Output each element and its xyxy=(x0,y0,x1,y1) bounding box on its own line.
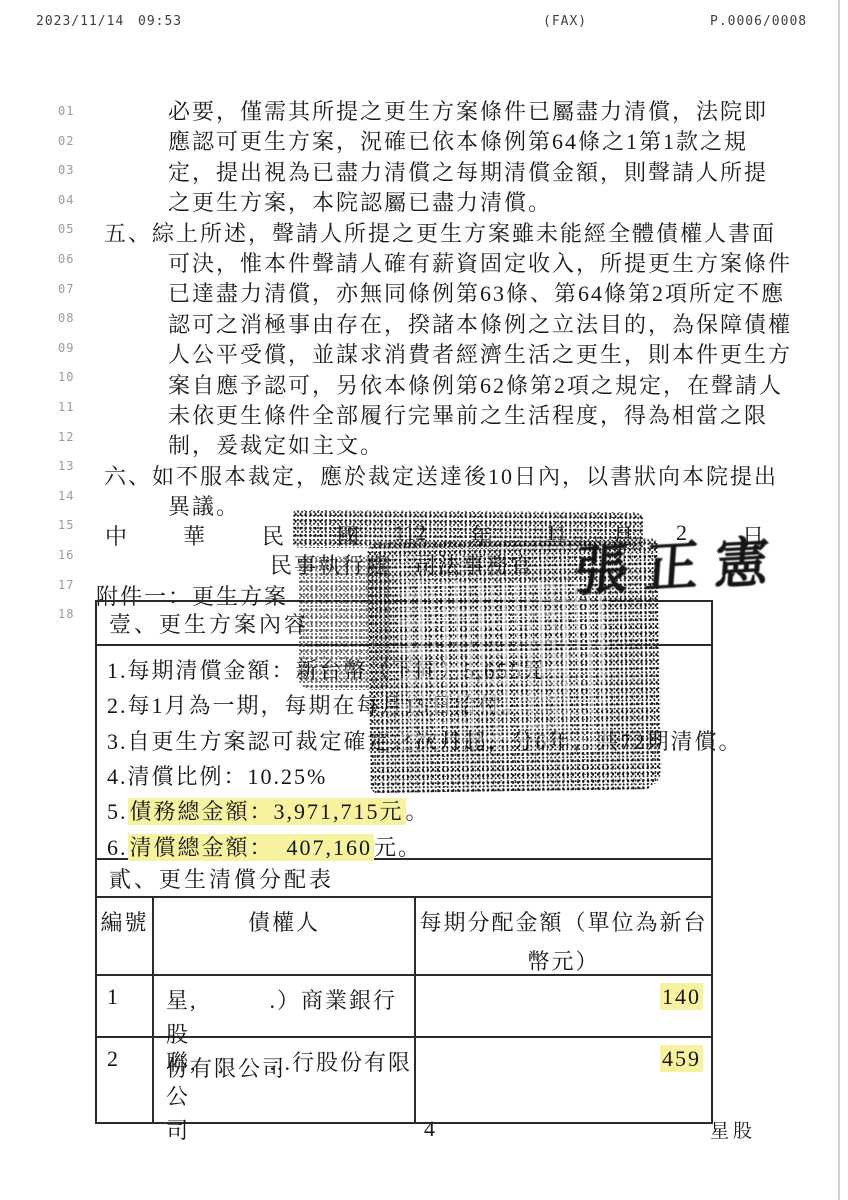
body-line: 之更生方案，本院認屬已盡力清償。 xyxy=(168,186,552,217)
fax-date: 2023/11/14 xyxy=(36,14,124,29)
body-line: 案自應予認可，另依本條例第62條第2項之規定，在聲請人 xyxy=(168,369,783,400)
line-number: 18 xyxy=(58,607,74,621)
clerk-mark: 星股 xyxy=(710,1116,756,1143)
section2-title: 貳、更生清償分配表 xyxy=(97,860,711,898)
line-number: 05 xyxy=(58,222,74,236)
row2-creditor-line1: 聯, ...行股份有限公 xyxy=(166,1046,414,1114)
line-number: 16 xyxy=(58,548,74,562)
fax-time: 09:53 xyxy=(138,14,182,29)
date-token: 民 xyxy=(262,520,284,551)
body-line: 制，爰裁定如主文。 xyxy=(168,429,384,460)
line-number: 04 xyxy=(58,193,74,207)
row2-creditor-line2: 司 xyxy=(166,1114,414,1148)
plan-item-text: 5. xyxy=(107,799,128,824)
row1-amount: 140 xyxy=(416,976,711,1038)
body-line: 未依更生條件全部履行完畢前之生活程度，得為相當之限 xyxy=(168,399,768,430)
body-line: 人公平受償，並謀求消費者經濟生活之更生，則本件更生方 xyxy=(168,338,792,369)
line-number: 06 xyxy=(58,252,74,266)
col-header-amount-line1: 每期分配金額（單位為新台 xyxy=(419,906,707,937)
col-header-creditor: 債權人 xyxy=(154,898,416,976)
plan-item-text: 6. xyxy=(107,835,128,860)
date-token: 中 xyxy=(105,520,127,551)
body-line: 六、如不服本裁定，應於裁定送達後10日內，以書狀向本院提出 xyxy=(104,460,778,491)
line-number: 13 xyxy=(58,459,74,473)
body-line: 認可之消極事由存在，揆諸本條例之立法目的，為保障債權 xyxy=(168,308,792,339)
line-number: 15 xyxy=(58,518,74,532)
line-number: 08 xyxy=(58,311,74,325)
col-header-amount: 每期分配金額（單位為新台 幣元） xyxy=(416,898,711,976)
line-number: 07 xyxy=(58,282,74,296)
highlighted-text: 清償總金額： 407,160 xyxy=(128,834,375,861)
fax-label: (FAX) xyxy=(543,14,587,29)
line-number: 02 xyxy=(58,134,74,148)
body-line: 必要，僅需其所提之更生方案條件已屬盡力清償，法院即 xyxy=(168,95,768,126)
body-line: 可決，惟本件聲請人確有薪資固定收入，所提更生方案條件 xyxy=(168,247,792,278)
line-number: 09 xyxy=(58,341,74,355)
row2-creditor: 聯, ...行股份有限公 司 xyxy=(154,1038,416,1122)
body-line: 異議。 xyxy=(168,490,240,521)
line-number: 11 xyxy=(58,400,74,414)
plan-item: 6.清償總金額： 407,160元。 xyxy=(107,831,422,862)
distribution-table: 編號 債權人 每期分配金額（單位為新台 幣元） 1 星, .）商業銀行股 份有限… xyxy=(97,898,711,1122)
line-number: 14 xyxy=(58,489,74,503)
row2-amount: 459 xyxy=(416,1038,711,1122)
fax-document-page: 2023/11/14 09:53 (FAX) P.0006/0008 01020… xyxy=(0,0,848,1200)
row1-creditor: 星, .）商業銀行股 份有限公司 xyxy=(154,976,416,1038)
plan-item-text: 元。 xyxy=(374,835,422,860)
fax-page-counter: P.0006/0008 xyxy=(710,14,807,29)
handwritten-signature: 張正憲 xyxy=(572,518,787,606)
row2-no: 2 xyxy=(97,1038,154,1122)
body-line: 已達盡力清償，亦無同條例第63條、第64條第2項所定不應 xyxy=(168,277,785,308)
plan-item-text: 4.清償比例：10.25% xyxy=(107,764,327,789)
line-number: 01 xyxy=(58,104,74,118)
scan-edge-line xyxy=(838,0,840,1200)
date-token: 華 xyxy=(183,520,205,551)
col-header-amount-line2: 幣元） xyxy=(527,945,599,976)
line-number: 17 xyxy=(58,578,74,592)
line-number: 10 xyxy=(58,370,74,384)
plan-item-text: 。 xyxy=(406,799,430,824)
plan-item: 5.債務總金額：3,971,715元。 xyxy=(107,795,430,826)
row2-amount-value: 459 xyxy=(660,1045,703,1072)
body-line: 定，提出視為已盡力清償之每期清償金額，則聲請人所提 xyxy=(168,156,768,187)
plan-item: 4.清償比例：10.25% xyxy=(107,760,327,791)
body-line: 五、綜上所述，聲請人所提之更生方案雖未能經全體債權人書面 xyxy=(104,217,776,248)
col-header-no: 編號 xyxy=(97,898,154,976)
line-number: 03 xyxy=(58,163,74,177)
body-line: 應認可更生方案，況確已依本條例第64條之1第1款之規 xyxy=(168,125,748,156)
row1-amount-value: 140 xyxy=(660,983,703,1010)
row1-no: 1 xyxy=(97,976,154,1038)
line-number: 12 xyxy=(58,430,74,444)
highlighted-text: 債務總金額：3,971,715元 xyxy=(128,798,406,825)
